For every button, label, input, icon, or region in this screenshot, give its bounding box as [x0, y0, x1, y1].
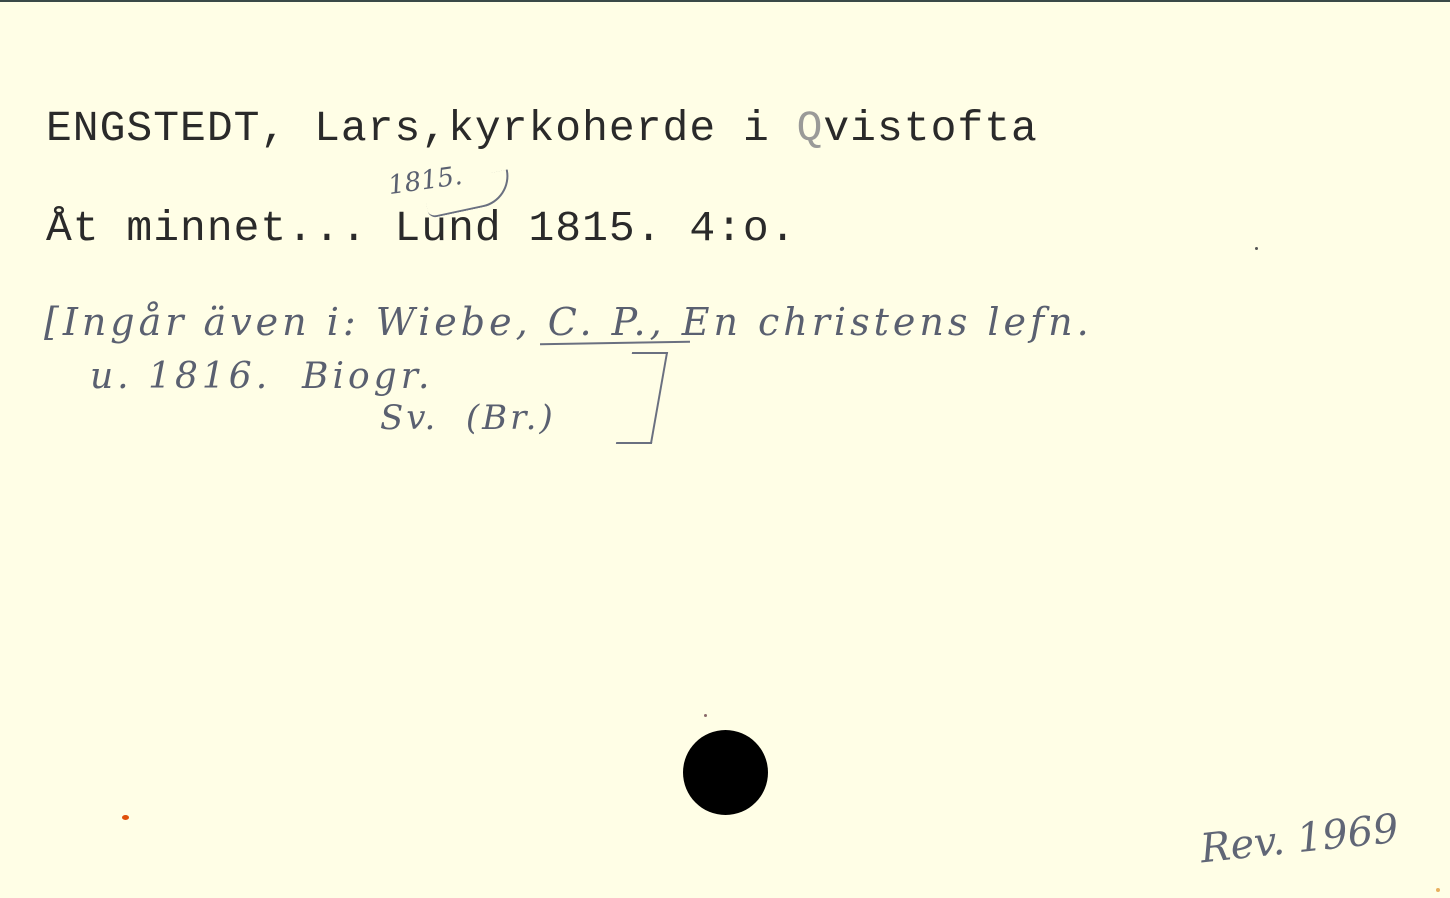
work-title: Åt minnet...: [46, 204, 368, 253]
ink-speck: [1255, 247, 1258, 250]
imprint: Lund 1815.: [394, 204, 662, 253]
author-title: kyrkoherde i: [448, 104, 770, 153]
card-top-edge: [0, 0, 1450, 2]
ink-speck: [704, 714, 707, 717]
card-heading: ENGSTEDT, Lars,kyrkoherde i Qvistofta: [46, 104, 1038, 153]
place-rest: vistofta: [823, 104, 1037, 153]
revision-note: Rev. 1969: [1198, 806, 1401, 873]
format: 4:o.: [689, 204, 796, 253]
ink-speck: [122, 815, 129, 820]
title-line: Åt minnet... Lund 1815. 4:o.: [46, 204, 797, 253]
ink-speck: [1436, 888, 1440, 892]
handwritten-note-line-1: [Ingår även i: Wiebe, C. P., En christen…: [44, 300, 1093, 344]
closing-bracket: [616, 352, 668, 444]
handwritten-note-line-2: u. 1816. Biogr.: [90, 356, 433, 397]
place-initial: Q: [797, 104, 824, 153]
punch-hole: [683, 730, 768, 815]
handwritten-note-line-3: Sv. (Br.): [380, 398, 556, 438]
catalog-card: ENGSTEDT, Lars,kyrkoherde i Qvistofta 18…: [0, 0, 1450, 898]
author-surname: ENGSTEDT,: [46, 104, 287, 153]
author-given-name: Lars,: [314, 104, 448, 153]
